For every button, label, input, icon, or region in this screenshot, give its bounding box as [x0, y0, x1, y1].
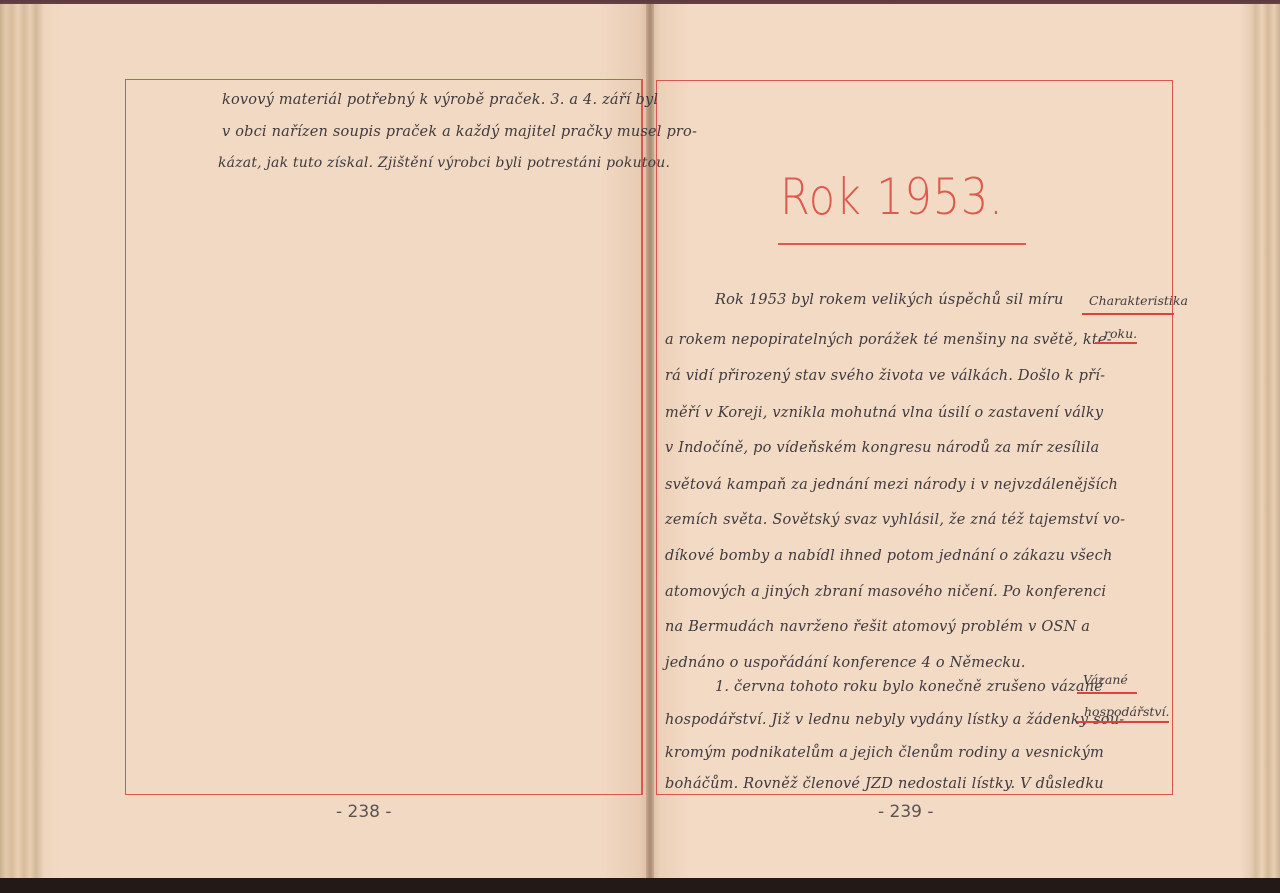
margin-note-economy: hospodářství.	[1084, 704, 1169, 719]
right-text-line: Rok 1953 byl rokem velikých úspěchů sil …	[715, 292, 1064, 308]
book-cover-bottom-edge	[0, 878, 1280, 893]
page-number-239: - 239 -	[878, 802, 934, 822]
margin-note-characteristic: Charakteristika	[1089, 293, 1188, 308]
right-text-line: na Bermudách navrženo řešit atomový prob…	[665, 619, 1090, 635]
right-text-line: hospodářství. Již v lednu nebyly vydány …	[665, 712, 1124, 728]
margin-note-underline	[1095, 342, 1137, 344]
right-text-line: a rokem nepopiratelných porážek té menši…	[665, 332, 1112, 348]
left-page-border	[125, 79, 643, 795]
right-text-line: měří v Koreji, vznikla mohutná vlna úsil…	[665, 405, 1103, 421]
right-text-line: zemích světa. Sovětský svaz vyhlásil, že…	[665, 512, 1125, 528]
margin-note-bound-economy: Vázané	[1083, 672, 1128, 687]
left-text-line: kázat, jak tuto získal. Zjištění výrobci…	[218, 155, 670, 171]
right-text-line: atomových a jiných zbraní masového ničen…	[665, 584, 1106, 600]
right-text-line: díkové bomby a nabídl ihned potom jednán…	[665, 548, 1113, 564]
page-number-238: - 238 -	[336, 802, 392, 822]
right-text-line: boháčům. Rovněž členové JZD nedostali lí…	[665, 776, 1104, 792]
margin-note-year: roku.	[1104, 326, 1137, 341]
right-text-line: 1. června tohoto roku bylo konečně zruše…	[715, 679, 1103, 695]
right-text-line: rá vidí přirozený stav svého života ve v…	[665, 368, 1105, 384]
left-text-line: kovový materiál potřebný k výrobě praček…	[222, 92, 658, 108]
margin-note-underline	[1077, 692, 1137, 694]
heading-underline	[778, 243, 1026, 245]
right-text-line: v Indočíně, po vídeňském kongresu národů…	[665, 440, 1099, 456]
margin-note-underline	[1082, 313, 1174, 315]
page-heading: Rok 1953.	[780, 168, 1004, 226]
right-text-line: kromým podnikatelům a jejich členům rodi…	[665, 745, 1104, 761]
right-text-line: světová kampaň za jednání mezi národy i …	[665, 477, 1118, 493]
margin-note-underline	[1077, 721, 1169, 723]
left-text-line: v obci nařízen soupis praček a každý maj…	[222, 124, 697, 140]
right-text-line: jednáno o uspořádání konference 4 o Něme…	[665, 655, 1026, 671]
